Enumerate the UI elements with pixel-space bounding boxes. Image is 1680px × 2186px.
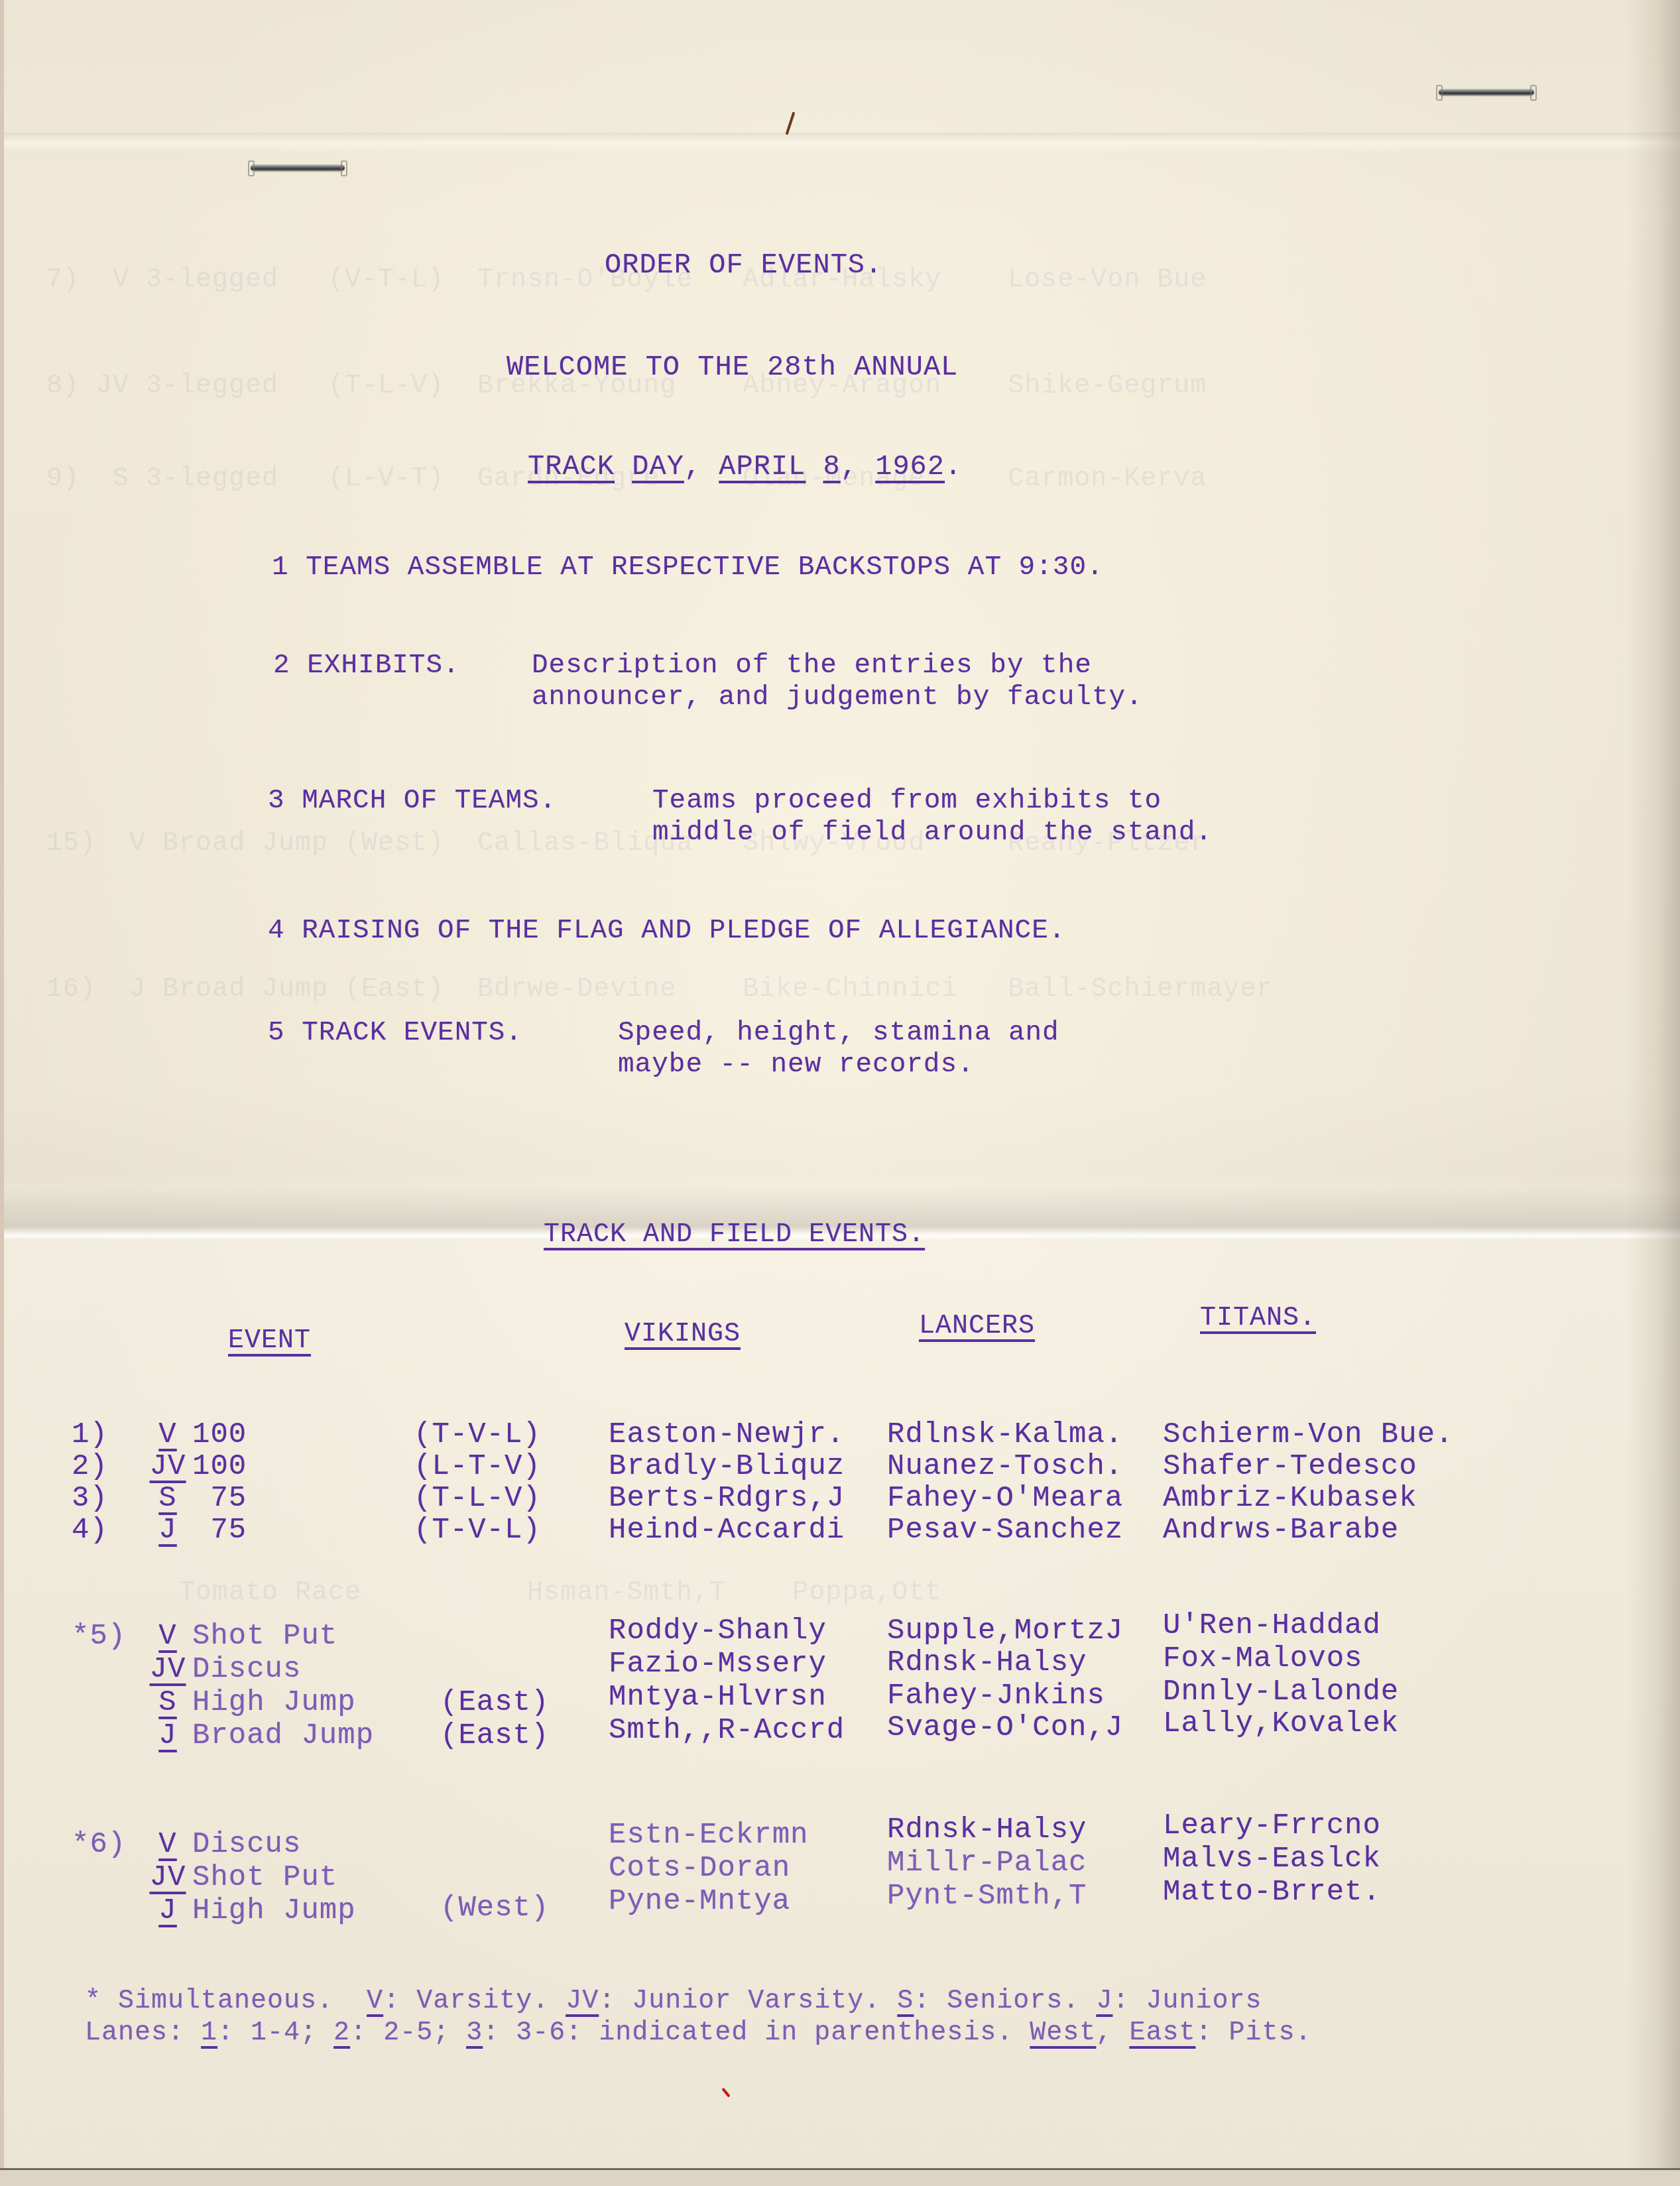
- page-left-edge: [0, 0, 4, 2168]
- footnote-legend-line-1: * Simultaneous. V: Varsity. JV: Junior V…: [85, 1985, 1262, 2018]
- agenda-heading: RAISING OF THE FLAG AND PLEDGE OF ALLEGI…: [302, 916, 1065, 946]
- event-number: *5): [72, 1620, 145, 1652]
- lancers-entry: Rdnsk-Halsy: [887, 1814, 1087, 1846]
- titans-entry: Matto-Brret.: [1163, 1876, 1381, 1908]
- legend-desc: : Juniors: [1112, 1986, 1262, 2016]
- separator: ,: [1096, 2018, 1112, 2048]
- agenda-item-3-description: Teams proceed from exhibits tomiddle of …: [652, 785, 1213, 849]
- column-header-vikings: VIKINGS: [625, 1319, 741, 1349]
- description-line: announcer, and judgement by faculty.: [532, 682, 1143, 713]
- column-header-titans: TITANS.: [1200, 1304, 1316, 1333]
- page-right-edge: [1627, 0, 1680, 2168]
- ink-mark: [721, 2088, 730, 2098]
- vikings-entry: Heind-Accardi: [609, 1514, 845, 1546]
- level-code: JV: [145, 1654, 191, 1685]
- lancers-entry: Rdnsk-Halsy: [887, 1647, 1087, 1679]
- lanes-label: Lanes:: [85, 2018, 184, 2048]
- simultaneous-note: Simultaneous.: [118, 1986, 333, 2016]
- agenda-heading: TEAMS ASSEMBLE AT RESPECTIVE BACKSTOPS A…: [306, 552, 1103, 583]
- staple: [1439, 89, 1534, 95]
- lane-desc: : 2-5;: [350, 2018, 450, 2048]
- titans-entry: Dnnly-Lalonde: [1163, 1676, 1399, 1708]
- event-number: 4): [72, 1514, 145, 1546]
- date-word: APRIL: [719, 451, 806, 483]
- pits-desc: : Pits.: [1195, 2018, 1311, 2048]
- agenda-number: 4: [268, 916, 285, 946]
- event-name: High Jump: [192, 1687, 356, 1719]
- lancers-entry: Pynt-Smth,T: [887, 1880, 1087, 1912]
- event-name: Shot Put: [192, 1620, 337, 1652]
- titans-entry: Lally,Kovalek: [1163, 1708, 1399, 1740]
- lancers-entry: Fahey-O'Meara: [887, 1483, 1123, 1514]
- pit-location: (East): [440, 1720, 549, 1752]
- level-code: JV: [145, 1862, 191, 1894]
- agenda-item-1: 1 TEAMS ASSEMBLE AT RESPECTIVE BACKSTOPS…: [272, 552, 1104, 583]
- date-word: 1962: [875, 451, 945, 483]
- lancers-entry: Pesav-Sanchez: [887, 1514, 1123, 1546]
- vikings-entry: Fazio-Mssery: [609, 1648, 827, 1680]
- pit-key-east: East: [1129, 2018, 1195, 2048]
- level-code: V: [145, 1419, 191, 1451]
- titans-entry: U'Ren-Haddad: [1163, 1610, 1381, 1642]
- description-line: Speed, height, stamina and: [618, 1017, 1059, 1049]
- titans-entry: Malvs-Easlck: [1163, 1843, 1381, 1875]
- lancers-entry: Millr-Palac: [887, 1847, 1087, 1879]
- top-fold: [0, 133, 1680, 152]
- event-name: Discus: [192, 1654, 301, 1685]
- agenda-item-3: 3 MARCH OF TEAMS.: [268, 785, 556, 817]
- vikings-entry: Roddy-Shanly: [609, 1615, 827, 1647]
- titans-entry: Leary-Frrcno: [1163, 1810, 1381, 1842]
- lane-desc: : 3-6: indicated in parenthesis.: [483, 2018, 1013, 2048]
- level-code: J: [145, 1720, 191, 1752]
- agenda-item-5-description: Speed, height, stamina andmaybe -- new r…: [618, 1017, 1059, 1081]
- lane-key-1: 1: [201, 2018, 217, 2048]
- lane-assignment: (T-L-V): [414, 1483, 541, 1514]
- description-line: Description of the entries by the: [532, 650, 1143, 682]
- event-number: 3): [72, 1483, 145, 1514]
- event-name: Discus: [192, 1829, 301, 1860]
- event-name: 75: [192, 1483, 247, 1514]
- description-line: middle of field around the stand.: [652, 817, 1213, 849]
- bleed-through-text: Tomato Race Hsman-Smth,T Poppa,Ott: [46, 1578, 941, 1608]
- titans-entry: Fox-Malovos: [1163, 1643, 1362, 1675]
- level-code: V: [145, 1829, 191, 1860]
- event-number: *6): [72, 1829, 145, 1860]
- event-number: 2): [72, 1451, 145, 1483]
- description-line: maybe -- new records.: [618, 1049, 1059, 1081]
- column-header-lancers: LANCERS: [919, 1311, 1035, 1341]
- agenda-number: 2: [273, 650, 290, 681]
- description-line: Teams proceed from exhibits to: [652, 785, 1213, 817]
- vikings-entry: Estn-Eckrmn: [609, 1819, 808, 1851]
- legend-key-jv: JV: [566, 1986, 599, 2016]
- event-name: 100: [192, 1451, 247, 1483]
- agenda-item-2: 2 EXHIBITS.: [273, 650, 460, 682]
- lane-desc: : 1-4;: [217, 2018, 317, 2048]
- lane-assignment: (L-T-V): [414, 1451, 541, 1483]
- vikings-entry: Cots-Doran: [609, 1852, 790, 1884]
- event-name: High Jump: [192, 1895, 356, 1927]
- agenda-heading: MARCH OF TEAMS.: [302, 786, 556, 816]
- level-code: S: [145, 1483, 191, 1514]
- agenda-item-4: 4 RAISING OF THE FLAG AND PLEDGE OF ALLE…: [268, 915, 1065, 947]
- ink-mark: [786, 111, 796, 135]
- event-name: Broad Jump: [192, 1720, 374, 1752]
- legend-key-j: J: [1096, 1986, 1112, 2016]
- legend-key-v: V: [367, 1986, 383, 2016]
- event-date: TRACK DAY, APRIL 8, 1962.: [528, 451, 962, 483]
- level-code: J: [145, 1895, 191, 1927]
- pit-key-west: West: [1030, 2018, 1096, 2048]
- vikings-entry: Smth,,R-Accrd: [609, 1715, 845, 1746]
- agenda-number: 1: [272, 552, 289, 583]
- lane-assignment: (T-V-L): [414, 1514, 541, 1546]
- vikings-entry: Berts-Rdgrs,J: [609, 1483, 845, 1514]
- column-header-event: EVENT: [228, 1326, 311, 1356]
- titans-entry: Ambriz-Kubasek: [1163, 1483, 1417, 1514]
- event-name: 100: [192, 1419, 247, 1451]
- lane-assignment: (T-V-L): [414, 1419, 541, 1451]
- event-name: 75: [192, 1514, 247, 1546]
- agenda-heading: TRACK EVENTS.: [302, 1018, 522, 1048]
- agenda-number: 5: [268, 1018, 285, 1048]
- agenda-item-5: 5 TRACK EVENTS.: [268, 1017, 522, 1049]
- asterisk: *: [85, 1986, 101, 2016]
- pit-location: (West): [440, 1892, 549, 1924]
- titans-entry: Shafer-Tedesco: [1163, 1451, 1417, 1483]
- level-code: JV: [145, 1451, 191, 1483]
- vikings-entry: Pyne-Mntya: [609, 1886, 790, 1917]
- scan-bottom-edge: [0, 2168, 1680, 2186]
- lane-key-2: 2: [333, 2018, 350, 2048]
- titans-entry: Schierm-Von Bue.: [1163, 1419, 1453, 1451]
- level-code: J: [145, 1514, 191, 1546]
- footnote-legend-line-2: Lanes: 1: 1-4; 2: 2-5; 3: 3-6: indicated…: [85, 2017, 1311, 2050]
- lane-key-3: 3: [466, 2018, 483, 2048]
- vikings-entry: Mntya-Hlvrsn: [609, 1681, 827, 1713]
- level-code: S: [145, 1687, 191, 1719]
- document-page: 7) V 3-legged (V-T-L) Trnsn-O'Boyle Adla…: [0, 0, 1680, 2168]
- legend-key-s: S: [897, 1986, 914, 2016]
- agenda-heading: EXHIBITS.: [307, 650, 459, 681]
- legend-desc: : Junior Varsity.: [599, 1986, 880, 2016]
- lancers-entry: Svage-O'Con,J: [887, 1712, 1123, 1744]
- titans-entry: Andrws-Barabe: [1163, 1514, 1399, 1546]
- legend-desc: : Varsity.: [383, 1986, 549, 2016]
- events-table-title: TRACK AND FIELD EVENTS.: [544, 1220, 925, 1250]
- event-name: Shot Put: [192, 1862, 337, 1894]
- pit-location: (East): [440, 1687, 549, 1719]
- vikings-entry: Easton-Newjr.: [609, 1419, 845, 1451]
- staple: [251, 164, 345, 171]
- lancers-entry: Supple,MortzJ: [887, 1615, 1123, 1647]
- lancers-entry: Nuanez-Tosch.: [887, 1451, 1123, 1483]
- vikings-entry: Bradly-Bliquz: [609, 1451, 845, 1483]
- date-word: TRACK: [528, 451, 615, 483]
- date-word: DAY: [632, 451, 684, 483]
- lancers-entry: Fahey-Jnkins: [887, 1680, 1105, 1712]
- lancers-entry: Rdlnsk-Kalma.: [887, 1419, 1123, 1451]
- agenda-item-2-description: Description of the entries by theannounc…: [532, 650, 1143, 713]
- page-title: ORDER OF EVENTS.: [605, 249, 882, 281]
- welcome-line: WELCOME TO THE 28th ANNUAL: [507, 351, 958, 383]
- date-word: 8: [823, 451, 841, 483]
- agenda-number: 3: [268, 786, 285, 816]
- bleed-through-text: 16) J Broad Jump (East) Bdrwe-Devine Bik…: [46, 975, 1273, 1004]
- event-number: 1): [72, 1419, 145, 1451]
- legend-desc: : Seniors.: [914, 1986, 1079, 2016]
- level-code: V: [145, 1620, 191, 1652]
